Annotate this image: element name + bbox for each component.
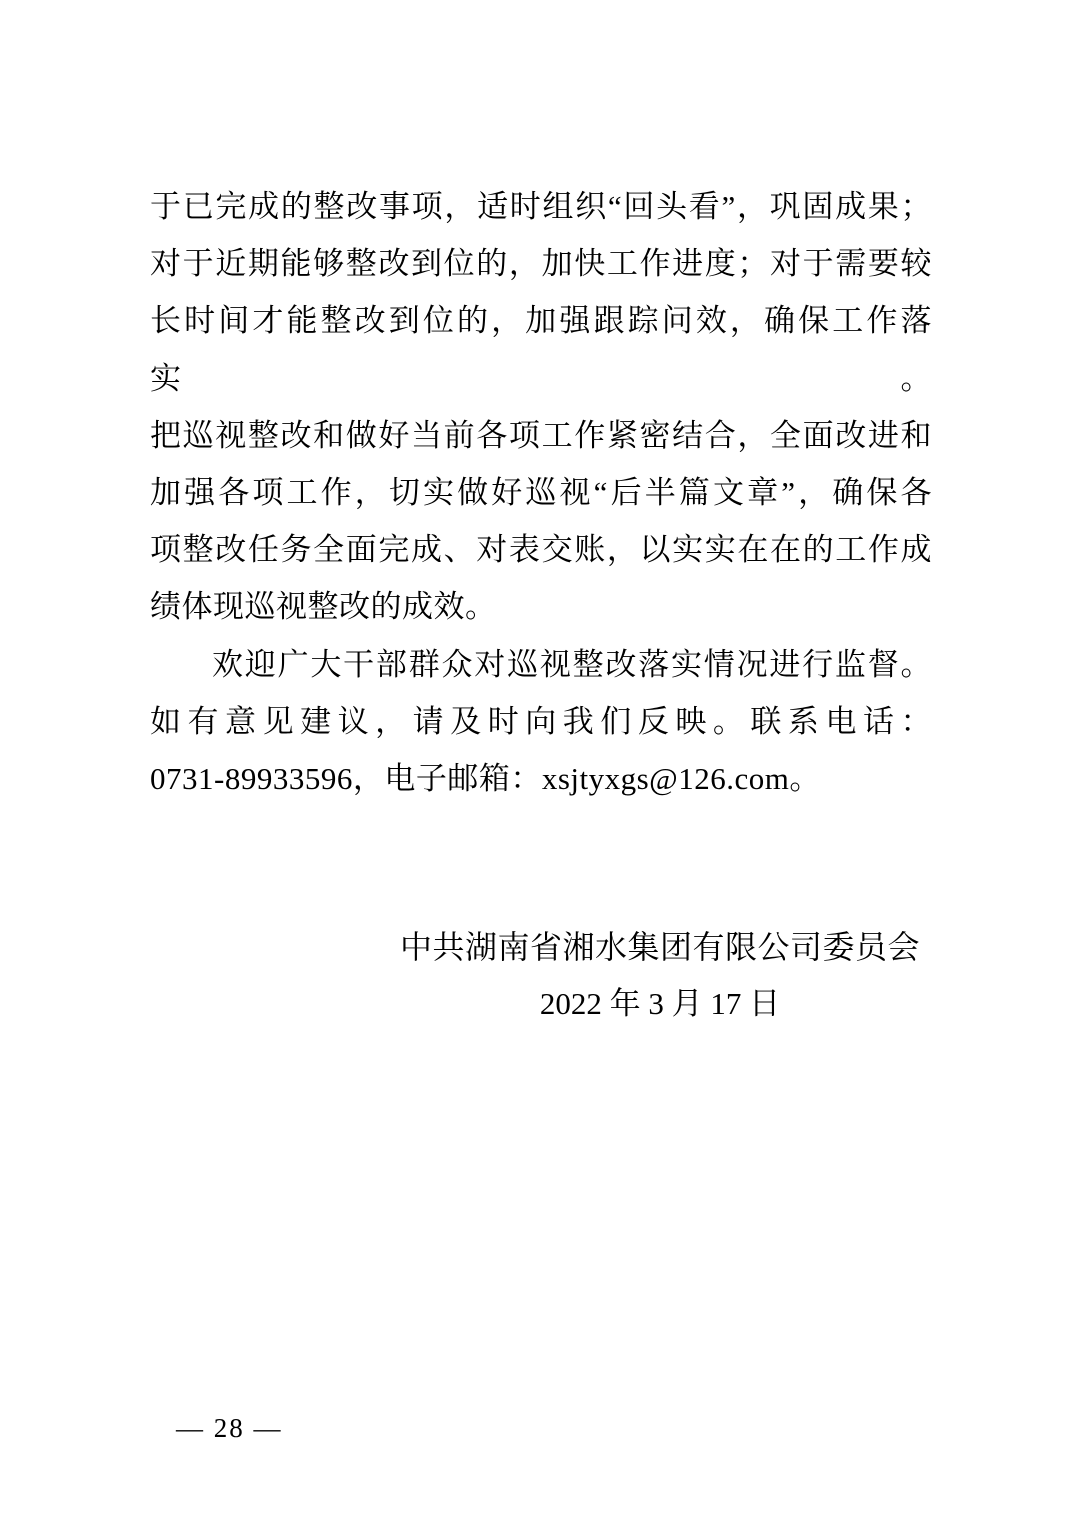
paragraph1-line-2: 对于近期能够整改到位的，加快工作进度；对于需要较 (150, 235, 932, 292)
paragraph1-line-1: 于已完成的整改事项，适时组织“回头看”，巩固成果； (150, 178, 932, 235)
paragraph1-line-4: 把巡视整改和做好当前各项工作紧密结合，全面改进和 (150, 407, 932, 464)
paragraph1-line-3: 长时间才能整改到位的，加强跟踪问效，确保工作落实。 (150, 292, 932, 406)
paragraph2-line-3-contact-info: 0731-89933596，电子邮箱：xsjtyxgs@126.com。 (150, 750, 932, 807)
signature-organization: 中共湖南省湘水集团有限公司委员会 (400, 923, 920, 971)
paragraph1-line-7: 绩体现巡视整改的成效。 (150, 578, 932, 635)
body-text: 于已完成的整改事项，适时组织“回头看”，巩固成果； 对于近期能够整改到位的，加快… (150, 178, 932, 807)
paragraph1-line-6: 项整改任务全面完成、对表交账，以实实在在的工作成 (150, 521, 932, 578)
page-number: — 28 — (176, 1410, 283, 1446)
signature-date: 2022 年 3 月 17 日 (400, 980, 920, 1028)
paragraph1-line-5: 加强各项工作，切实做好巡视“后半篇文章”，确保各 (150, 464, 932, 521)
paragraph2-line-2: 如有意见建议，请及时向我们反映。联系电话： (150, 693, 932, 750)
document-page: 于已完成的整改事项，适时组织“回头看”，巩固成果； 对于近期能够整改到位的，加快… (0, 0, 1080, 1528)
paragraph2-line-1: 欢迎广大干部群众对巡视整改落实情况进行监督。 (150, 636, 932, 693)
signature-block: 中共湖南省湘水集团有限公司委员会 2022 年 3 月 17 日 (400, 923, 920, 1028)
